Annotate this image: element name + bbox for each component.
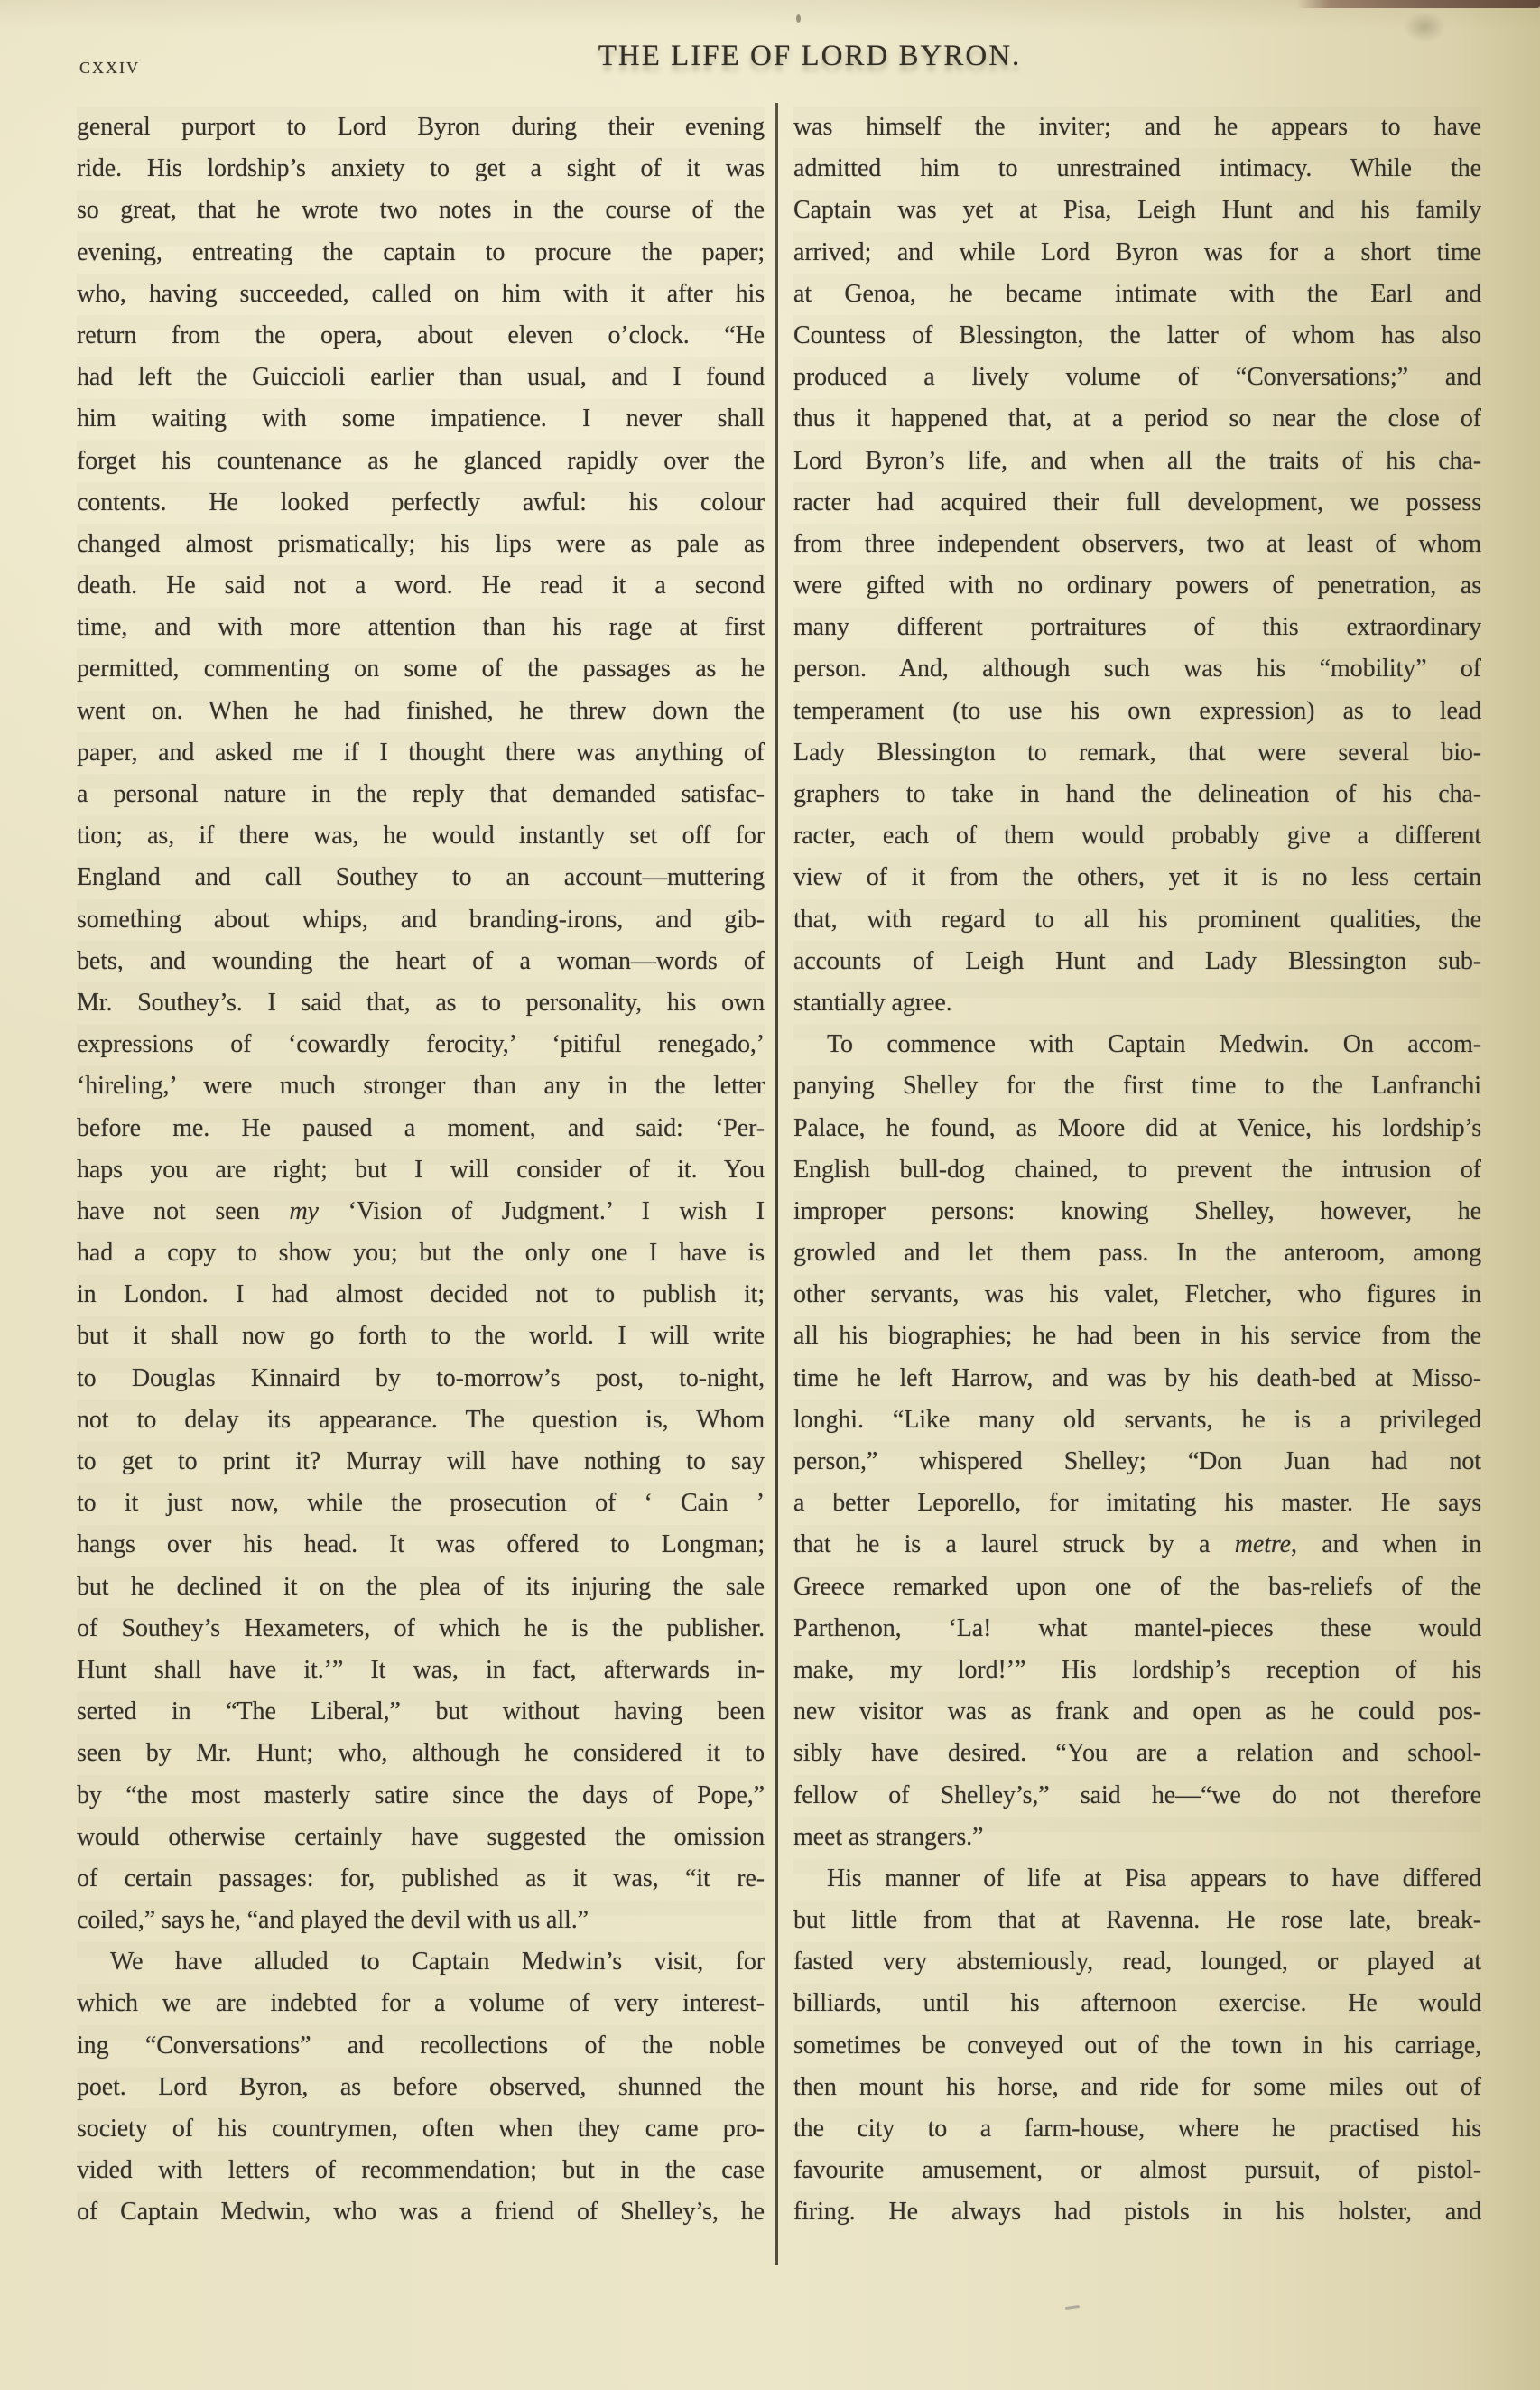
paragraph: general purport to Lord Byron during the…: [77, 107, 765, 1941]
ink-fleck: [796, 14, 801, 23]
text-line: from three independent observers, two at…: [793, 524, 1481, 565]
text-line: longhi. “Like many old servants, he is a…: [793, 1400, 1481, 1441]
text-line: serted in “The Liberal,” but without hav…: [77, 1691, 765, 1733]
column-divider: [775, 103, 778, 2265]
paragraph: To commence with Captain Medwin. On acco…: [793, 1024, 1481, 1858]
text-line: ‘hireling,’ were much stronger than any …: [77, 1065, 765, 1107]
text-line: Parthenon, ‘La! what mantel-pieces these…: [793, 1608, 1481, 1650]
text-line: favourite amusement, or almost pursuit, …: [793, 2150, 1481, 2191]
paragraph: We have alluded to Captain Medwin’s visi…: [77, 1941, 765, 2233]
text-line: fasted very abstemiously, read, lounged,…: [793, 1941, 1481, 1983]
text-line: Mr. Southey’s. I said that, as to person…: [77, 982, 765, 1024]
text-line: We have alluded to Captain Medwin’s visi…: [77, 1941, 765, 1983]
text-line: growled and let them pass. In the antero…: [793, 1232, 1481, 1274]
text-line: Lady Blessington to remark, that were se…: [793, 732, 1481, 774]
text-line: produced a lively volume of “Conversatio…: [793, 357, 1481, 398]
text-line: His manner of life at Pisa appears to ha…: [793, 1858, 1481, 1900]
text-line: racter, each of them would probably give…: [793, 815, 1481, 857]
text-line: him waiting with some impatience. I neve…: [77, 398, 765, 440]
text-line: a better Leporello, for imitating his ma…: [793, 1483, 1481, 1524]
text-line: thus it happened that, at a period so ne…: [793, 398, 1481, 440]
text-line: Greece remarked upon one of the bas-reli…: [793, 1567, 1481, 1608]
text-line: ride. His lordship’s anxiety to get a si…: [77, 148, 765, 190]
text-line: English bull-dog chained, to prevent the…: [793, 1149, 1481, 1191]
text-line: person. And, although such was his “mobi…: [793, 648, 1481, 690]
left-column: general purport to Lord Byron during the…: [77, 107, 765, 2234]
text-line: Countess of Blessington, the latter of w…: [793, 315, 1481, 357]
text-line: at Genoa, he became intimate with the Ea…: [793, 274, 1481, 315]
text-line: not to delay its appearance. The questio…: [77, 1400, 765, 1441]
text-line: meet as strangers.”: [793, 1817, 1481, 1858]
text-line: ing “Conversations” and recollections of…: [77, 2025, 765, 2067]
text-line: make, my lord!’” His lordship’s receptio…: [793, 1650, 1481, 1691]
text-line: of Southey’s Hexameters, of which he is …: [77, 1608, 765, 1650]
text-line: panying Shelley for the first time to th…: [793, 1065, 1481, 1107]
text-line: all his biographies; he had been in his …: [793, 1316, 1481, 1357]
text-line: view of it from the others, yet it is no…: [793, 857, 1481, 898]
text-line: racter had acquired their full developme…: [793, 482, 1481, 524]
text-line: death. He said not a word. He read it a …: [77, 565, 765, 607]
text-line: admitted him to unrestrained intimacy. W…: [793, 148, 1481, 190]
text-line: return from the opera, about eleven o’cl…: [77, 315, 765, 357]
text-line: but it shall now go forth to the world. …: [77, 1316, 765, 1357]
text-line: firing. He always had pistols in his hol…: [793, 2191, 1481, 2233]
text-line: that he is a laurel struck by a metre, a…: [793, 1524, 1481, 1566]
text-line: expressions of ‘cowardly ferocity,’ ‘pit…: [77, 1024, 765, 1065]
text-line: billiards, until his afternoon exercise.…: [793, 1983, 1481, 2024]
text-line: poet. Lord Byron, as before observed, sh…: [77, 2067, 765, 2108]
text-line: before me. He paused a moment, and said:…: [77, 1108, 765, 1149]
text-line: permitted, commenting on some of the pas…: [77, 648, 765, 690]
page-title-text: THE LIFE OF LORD BYRON.: [598, 40, 1022, 73]
text-line: person,” whispered Shelley; “Don Juan ha…: [793, 1441, 1481, 1483]
text-line: to it just now, while the prosecution of…: [77, 1483, 765, 1524]
page-title: THE LIFE OF LORD BYRON.: [0, 40, 1540, 73]
text-line: of Captain Medwin, who was a friend of S…: [77, 2191, 765, 2233]
text-line: time he left Harrow, and was by his deat…: [793, 1358, 1481, 1400]
paper-smudge: [1396, 5, 1453, 49]
text-line: sometimes be conveyed out of the town in…: [793, 2025, 1481, 2067]
pencil-mark: [1065, 2305, 1080, 2310]
text-line: seen by Mr. Hunt; who, although he consi…: [77, 1733, 765, 1774]
text-line: to Douglas Kinnaird by to-morrow’s post,…: [77, 1358, 765, 1400]
text-line: the city to a farm-house, where he pract…: [793, 2108, 1481, 2150]
text-line: evening, entreating the captain to procu…: [77, 232, 765, 274]
text-line: changed almost prismatically; his lips w…: [77, 524, 765, 565]
text-line: were gifted with no ordinary powers of p…: [793, 565, 1481, 607]
text-line: then mount his horse, and ride for some …: [793, 2067, 1481, 2108]
text-line: society of his countrymen, often when th…: [77, 2108, 765, 2150]
text-line: accounts of Leigh Hunt and Lady Blessing…: [793, 941, 1481, 982]
text-line: other servants, was his valet, Fletcher,…: [793, 1274, 1481, 1316]
text-line: would otherwise certainly have suggested…: [77, 1817, 765, 1858]
text-line: sibly have desired. “You are a relation …: [793, 1733, 1481, 1774]
text-line: bets, and wounding the heart of a woman—…: [77, 941, 765, 982]
text-line: Hunt shall have it.’” It was, in fact, a…: [77, 1650, 765, 1691]
text-line: a personal nature in the reply that dema…: [77, 774, 765, 815]
text-line: by “the most masterly satire since the d…: [77, 1775, 765, 1817]
text-line: Lord Byron’s life, and when all the trai…: [793, 441, 1481, 482]
text-line: had a copy to show you; but the only one…: [77, 1232, 765, 1274]
text-line: that, with regard to all his prominent q…: [793, 899, 1481, 941]
text-line: forget his countenance as he glanced rap…: [77, 441, 765, 482]
text-line: new visitor was as frank and open as he …: [793, 1691, 1481, 1733]
text-line: Captain was yet at Pisa, Leigh Hunt and …: [793, 190, 1481, 231]
text-line: Palace, he found, as Moore did at Venice…: [793, 1108, 1481, 1149]
text-line: something about whips, and branding-iron…: [77, 899, 765, 941]
text-line: fellow of Shelley’s,” said he—“we do not…: [793, 1775, 1481, 1817]
text-line: graphers to take in hand the delineation…: [793, 774, 1481, 815]
text-line: many different portraitures of this extr…: [793, 607, 1481, 648]
paragraph: was himself the inviter; and he appears …: [793, 107, 1481, 1024]
text-line: coiled,” says he, “and played the devil …: [77, 1900, 765, 1941]
text-line: improper persons: knowing Shelley, howev…: [793, 1191, 1481, 1232]
text-line: had left the Guiccioli earlier than usua…: [77, 357, 765, 398]
text-line: arrived; and while Lord Byron was for a …: [793, 232, 1481, 274]
text-line: to get to print it? Murray will have not…: [77, 1441, 765, 1483]
text-line: but little from that at Ravenna. He rose…: [793, 1900, 1481, 1941]
text-line: paper, and asked me if I thought there w…: [77, 732, 765, 774]
book-page: cxxiv THE LIFE OF LORD BYRON. general pu…: [0, 0, 1540, 2390]
text-line: contents. He looked perfectly awful: his…: [77, 482, 765, 524]
text-line: was himself the inviter; and he appears …: [793, 107, 1481, 148]
text-line: of certain passages: for, published as i…: [77, 1858, 765, 1900]
scan-edge-artifact: [1296, 0, 1540, 8]
text-line: went on. When he had finished, he threw …: [77, 691, 765, 732]
text-line: in London. I had almost decided not to p…: [77, 1274, 765, 1316]
text-line: To commence with Captain Medwin. On acco…: [793, 1024, 1481, 1065]
text-line: but he declined it on the plea of its in…: [77, 1567, 765, 1608]
text-line: which we are indebted for a volume of ve…: [77, 1983, 765, 2024]
text-line: vided with letters of recommendation; bu…: [77, 2150, 765, 2191]
text-line: temperament (to use his own expression) …: [793, 691, 1481, 732]
text-line: hangs over his head. It was offered to L…: [77, 1524, 765, 1566]
text-line: tion; as, if there was, he would instant…: [77, 815, 765, 857]
paragraph: His manner of life at Pisa appears to ha…: [793, 1858, 1481, 2234]
text-line: so great, that he wrote two notes in the…: [77, 190, 765, 231]
text-line: who, having succeeded, called on him wit…: [77, 274, 765, 315]
text-line: general purport to Lord Byron during the…: [77, 107, 765, 148]
text-line: time, and with more attention than his r…: [77, 607, 765, 648]
right-column: was himself the inviter; and he appears …: [793, 107, 1481, 2234]
text-line: England and call Southey to an account—m…: [77, 857, 765, 898]
text-line: have not seen my ‘Vision of Judgment.’ I…: [77, 1191, 765, 1232]
text-line: stantially agree.: [793, 982, 1481, 1024]
text-line: haps you are right; but I will consider …: [77, 1149, 765, 1191]
